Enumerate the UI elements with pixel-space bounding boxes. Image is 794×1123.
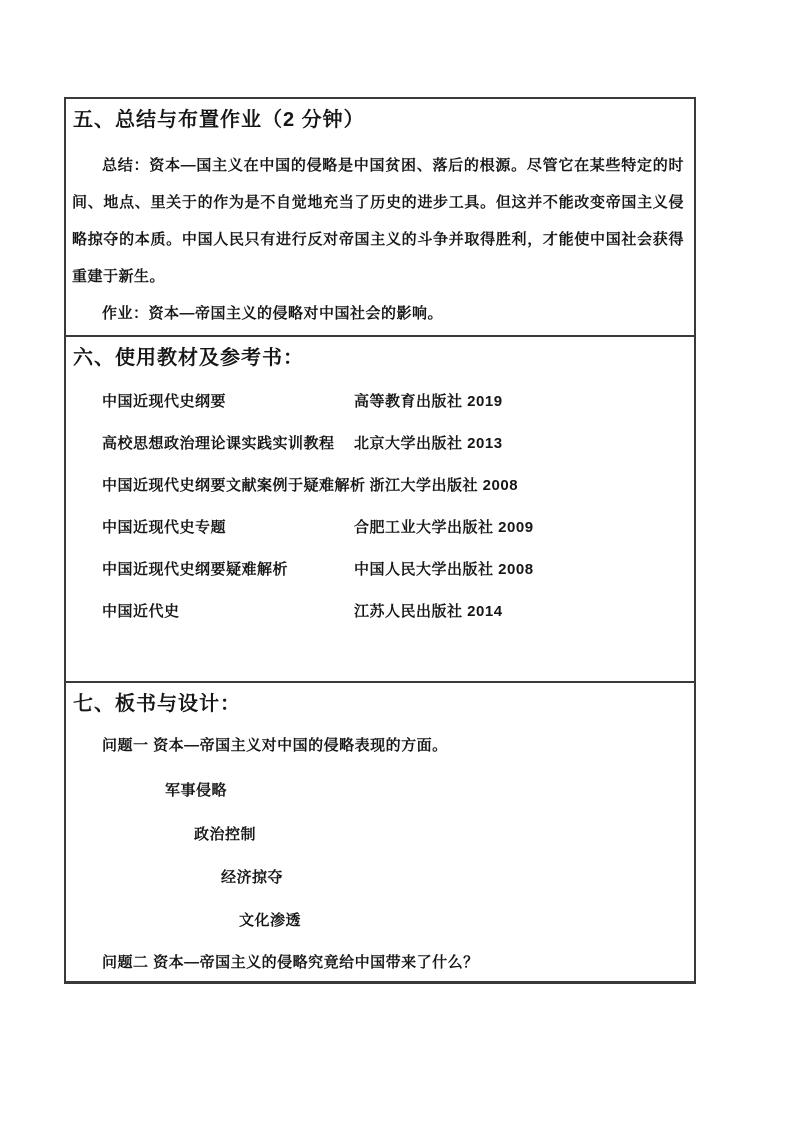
reference-item: 中国近现代史纲要 高等教育出版社 2019 xyxy=(66,393,694,435)
reference-item: 中国近现代史专题 合肥工业大学出版社 2009 xyxy=(66,519,694,561)
reference-title: 中国近现代史专题 xyxy=(102,519,350,537)
reference-item: 中国近现代史纲要疑难解析 中国人民大学出版社 2008 xyxy=(66,561,694,603)
document-page: { "sections": [ { "heading": "五、总结与布置作业（… xyxy=(0,0,794,1123)
summary-section-heading: 五、总结与布置作业（2 分钟） xyxy=(73,107,694,133)
question-two: 问题二 资本—帝国主义的侵略究竟给中国带来了什么？ xyxy=(102,954,694,972)
homework-paragraph: 作业：资本—帝国主义的侵略对中国社会的影响。 xyxy=(72,295,684,332)
board-section-heading: 七、板书与设计： xyxy=(73,691,694,717)
board-item: 文化渗透 xyxy=(239,912,694,930)
board-item: 政治控制 xyxy=(194,826,694,844)
reference-publisher: 合肥工业大学出版社 2009 xyxy=(354,519,534,537)
reference-publisher: 高等教育出版社 2019 xyxy=(354,393,503,411)
reference-publisher: 北京大学出版社 2013 xyxy=(354,435,503,453)
section-textbooks: 六、使用教材及参考书： 中国近现代史纲要 高等教育出版社 2019 高校思想政治… xyxy=(66,335,694,681)
reference-item: 中国近现代史纲要文献案例于疑难解析 浙江大学出版社 2008 xyxy=(66,477,694,519)
question-one: 问题一 资本—帝国主义对中国的侵略表现的方面。 xyxy=(102,737,694,755)
board-item: 经济掠夺 xyxy=(221,869,694,887)
reference-publisher: 中国人民大学出版社 2008 xyxy=(354,561,534,579)
textbooks-section-heading: 六、使用教材及参考书： xyxy=(73,345,694,371)
reference-title: 中国近现代史纲要 xyxy=(102,393,350,411)
summary-paragraph: 总结：资本—国主义在中国的侵略是中国贫困、落后的根源。尽管它在某些特定的时间、地… xyxy=(72,147,684,295)
reference-title: 高校思想政治理论课实践实训教程 xyxy=(102,435,350,453)
board-item: 军事侵略 xyxy=(165,782,694,800)
reference-item: 中国近代史 江苏人民出版社 2014 xyxy=(66,603,694,645)
reference-title: 中国近现代史纲要文献案例于疑难解析 xyxy=(102,477,366,495)
reference-publisher: 浙江大学出版社 2008 xyxy=(370,477,519,495)
section-summary-homework: 五、总结与布置作业（2 分钟） 总结：资本—国主义在中国的侵略是中国贫困、落后的… xyxy=(66,99,694,335)
reference-list: 中国近现代史纲要 高等教育出版社 2019 高校思想政治理论课实践实训教程 北京… xyxy=(66,393,694,645)
reference-publisher: 江苏人民出版社 2014 xyxy=(354,603,503,621)
reference-title: 中国近代史 xyxy=(102,603,350,621)
reference-item: 高校思想政治理论课实践实训教程 北京大学出版社 2013 xyxy=(66,435,694,477)
reference-title: 中国近现代史纲要疑难解析 xyxy=(102,561,350,579)
lesson-plan-table: 五、总结与布置作业（2 分钟） 总结：资本—国主义在中国的侵略是中国贫困、落后的… xyxy=(64,97,696,984)
section-board-design: 七、板书与设计： 问题一 资本—帝国主义对中国的侵略表现的方面。 军事侵略 政治… xyxy=(66,681,694,981)
